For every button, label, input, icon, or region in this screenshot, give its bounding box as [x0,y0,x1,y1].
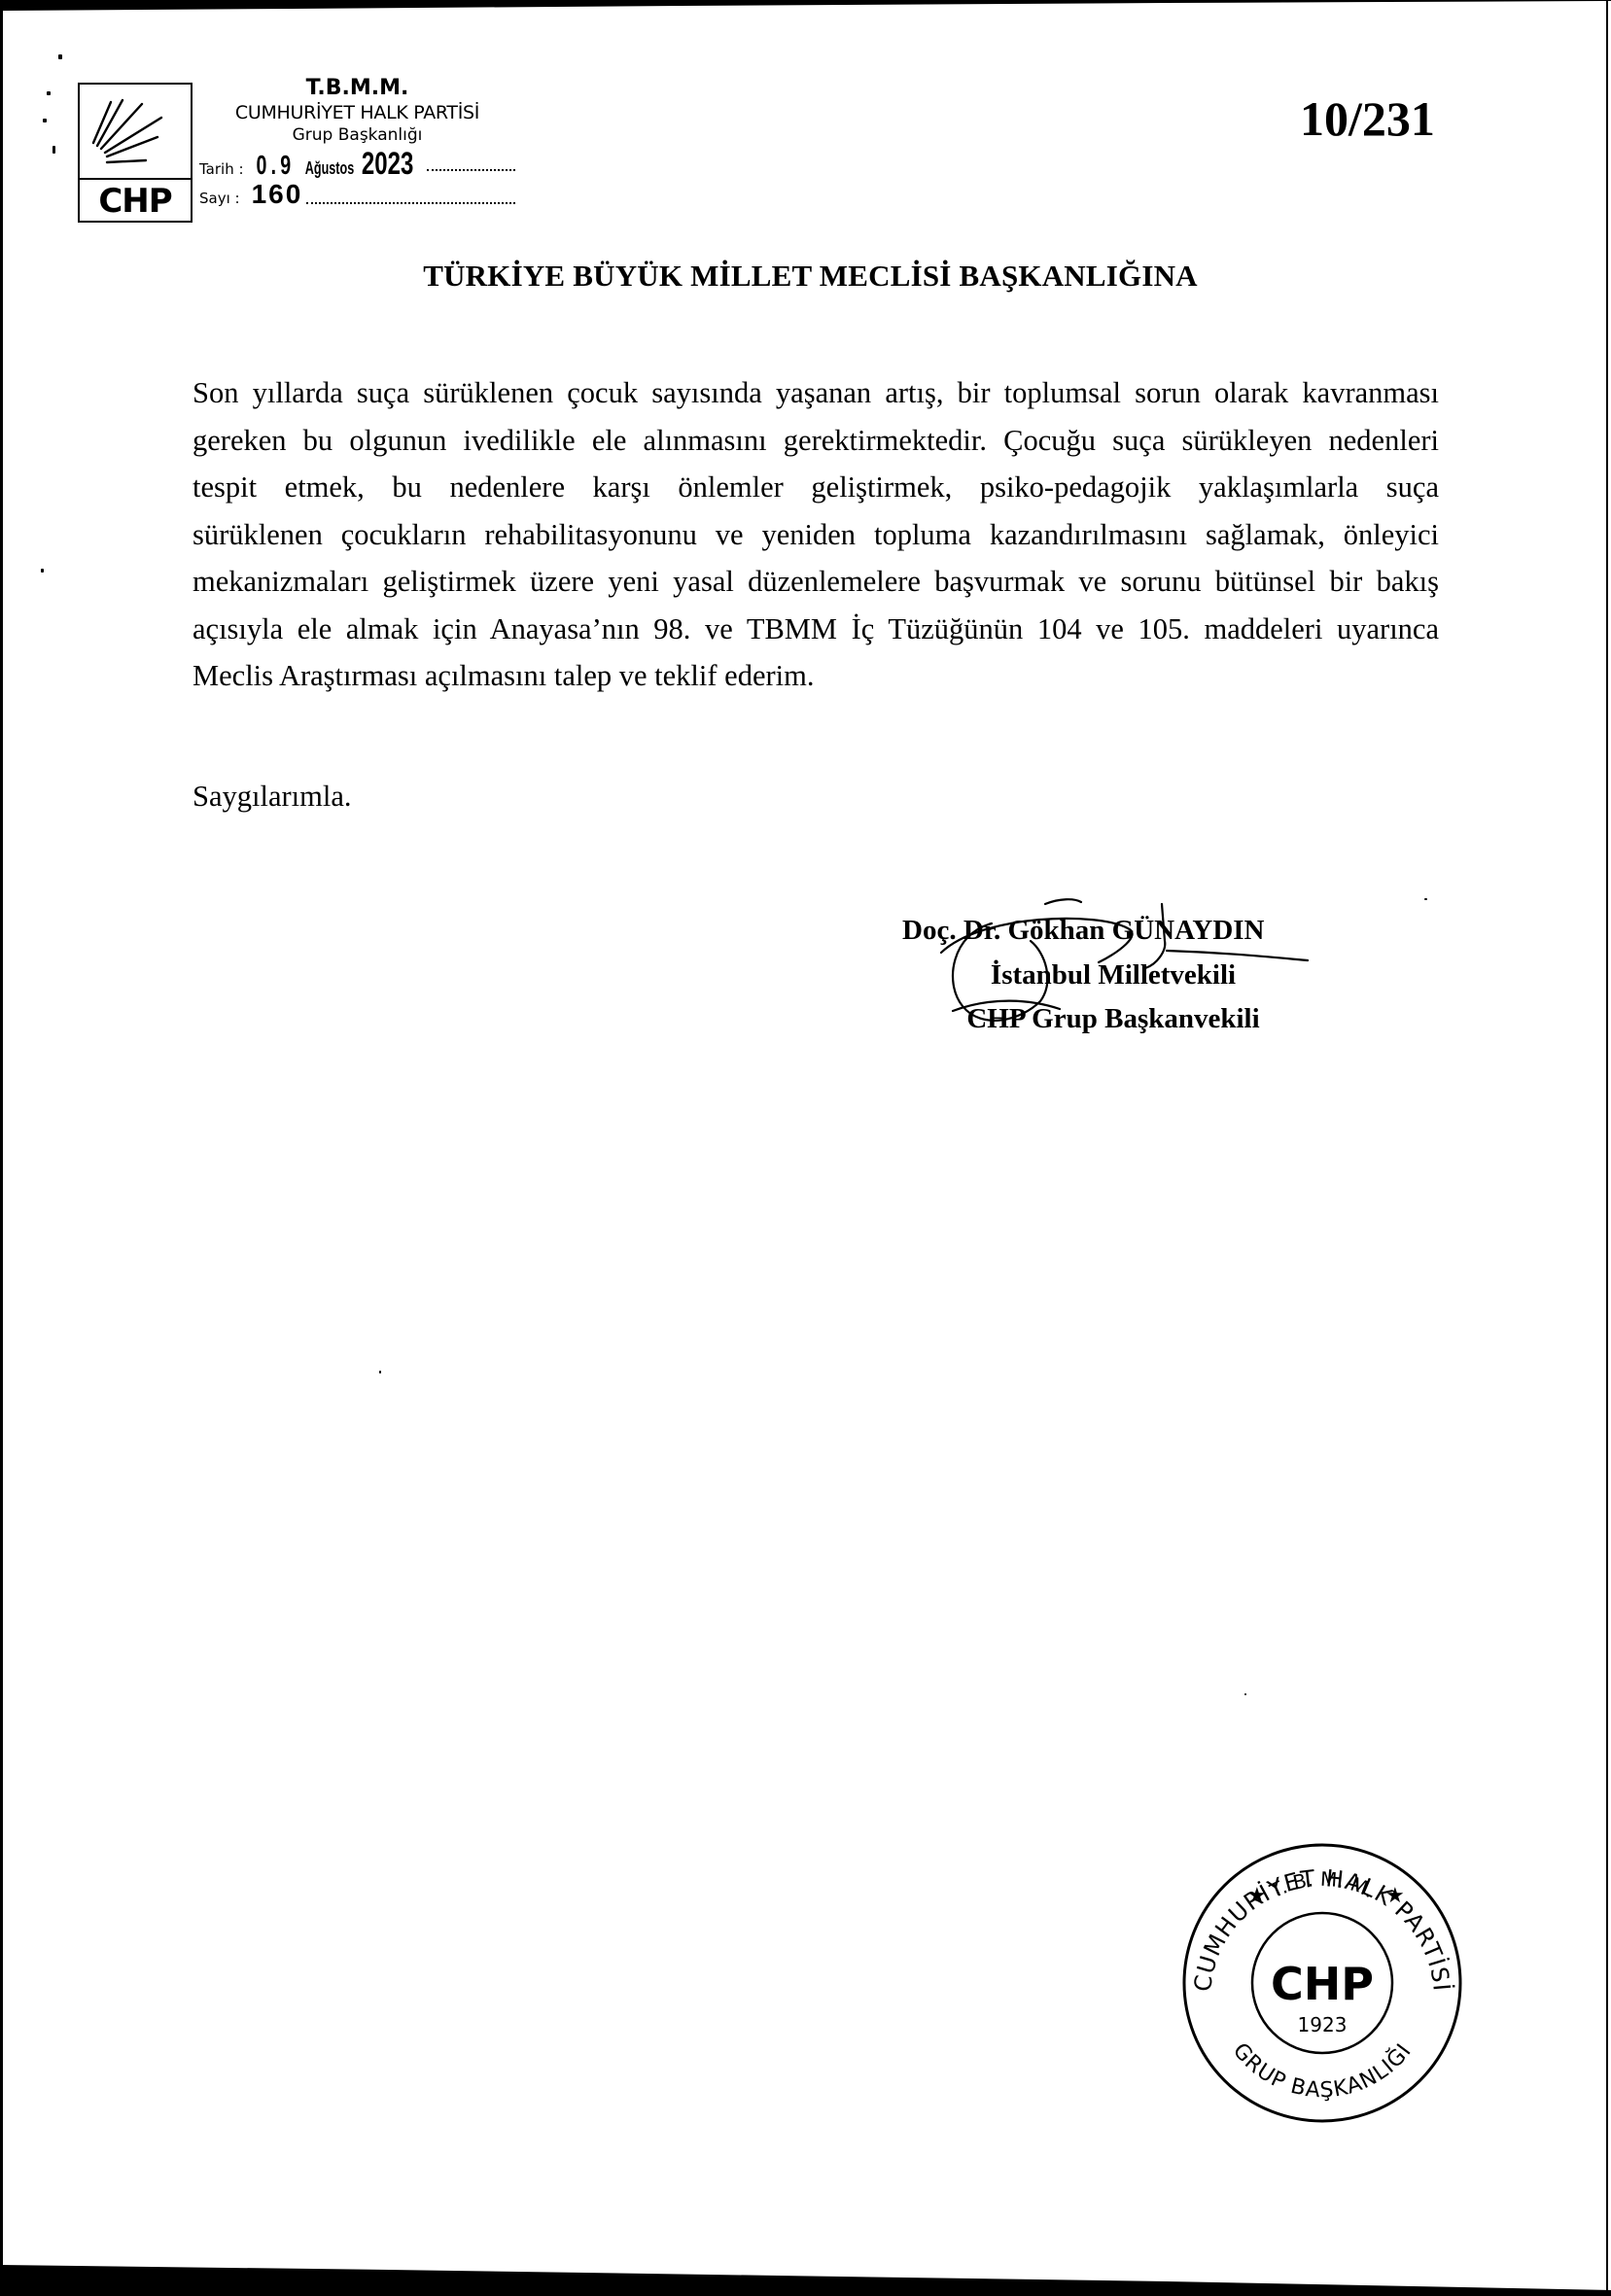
scan-border-top [0,0,1611,14]
scan-speck [41,569,44,573]
scan-speck [53,146,55,154]
stamp-date-day: 0.9 [256,150,295,181]
stamp-org: T.B.M.M. [199,76,515,101]
seal-bottom-text: GRUP BAŞKANLIĞI [1228,2038,1417,2103]
scan-speck [58,54,62,59]
stamp-number-label: Sayı : [199,190,240,207]
seal-logo: CHP [1271,1958,1374,2010]
addressee-heading: TÜRKİYE BÜYÜK MİLLET MECLİSİ BAŞKANLIĞIN… [0,257,1611,296]
body-line: Son yıllarda suça sürüklenen çocuk sayıs… [193,369,1439,417]
stamp-number-value: 160 [252,179,303,210]
body-line: Meclis Araştırması açılmasını talep ve t… [193,652,1439,700]
addressee-text: TÜRKİYE BÜYÜK MİLLET MECLİSİ BAŞKANLIĞIN… [423,257,1198,296]
stamp-date-dots [427,169,515,171]
body-paragraph: Son yıllarda suça sürüklenen çocuk sayıs… [193,369,1439,700]
star-icon: ★ [1247,1884,1267,1908]
round-seal: T. B. M. M. CUMHURİYET HALK PARTİSİ GRUP… [1176,1837,1468,2129]
scan-speck [1424,898,1427,900]
stamp-number-row: Sayı : 160 [199,179,515,212]
stamp-department: Grup Başkanlığı [199,124,515,146]
stamp-date-label: Tarih : [199,160,244,178]
body-line: tespit etmek, bu nedenlere karşı önlemle… [193,464,1439,511]
signatory-title-2: CHP Grup Başkanvekili [875,997,1351,1042]
closing-salutation: Saygılarımla. [193,773,351,819]
body-line: gereken bu olgunun ivedilikle ele alınma… [193,417,1439,465]
scan-speck [43,119,47,122]
body-line: açısıyla ele almak için Anayasa’nın 98. … [193,606,1439,653]
signatory-name: Doç. Dr. Gökhan GÜNAYDIN [875,909,1351,954]
star-icon: ★ [1385,1884,1405,1908]
stamp-date-year: 2023 [362,146,413,182]
stamp-number-dots [306,202,515,204]
sun-rays-icon [80,85,191,178]
logo-text: CHP [80,182,191,221]
signatory-title-1: İstanbul Milletvekili [875,954,1351,998]
signature-block: Doç. Dr. Gökhan GÜNAYDIN İstanbul Millet… [875,909,1351,1042]
body-line: sürüklenen çocukların rehabilitasyonunu … [193,511,1439,559]
stamp-date-month: Ağustos [305,158,354,179]
body-line: mekanizmaları geliştirmek üzere yeni yas… [193,558,1439,606]
stamp-date-row: Tarih : 0.9 Ağustos 2023 [199,146,515,179]
logo-divider [80,178,191,180]
scan-border-bottom [0,2257,1611,2296]
scan-speck [379,1371,381,1374]
stamp-party: CUMHURİYET HALK PARTİSİ [199,101,515,124]
header-stamp: T.B.M.M. CUMHURİYET HALK PARTİSİ Grup Ba… [199,76,515,212]
scan-speck [1244,1693,1246,1695]
scan-border-right [1606,0,1608,2296]
seal-year: 1923 [1298,2013,1348,2036]
scan-speck [47,91,51,95]
scan-border-left [0,0,3,2296]
chp-logo: CHP [78,83,193,223]
document-number: 10/231 [1300,91,1435,146]
